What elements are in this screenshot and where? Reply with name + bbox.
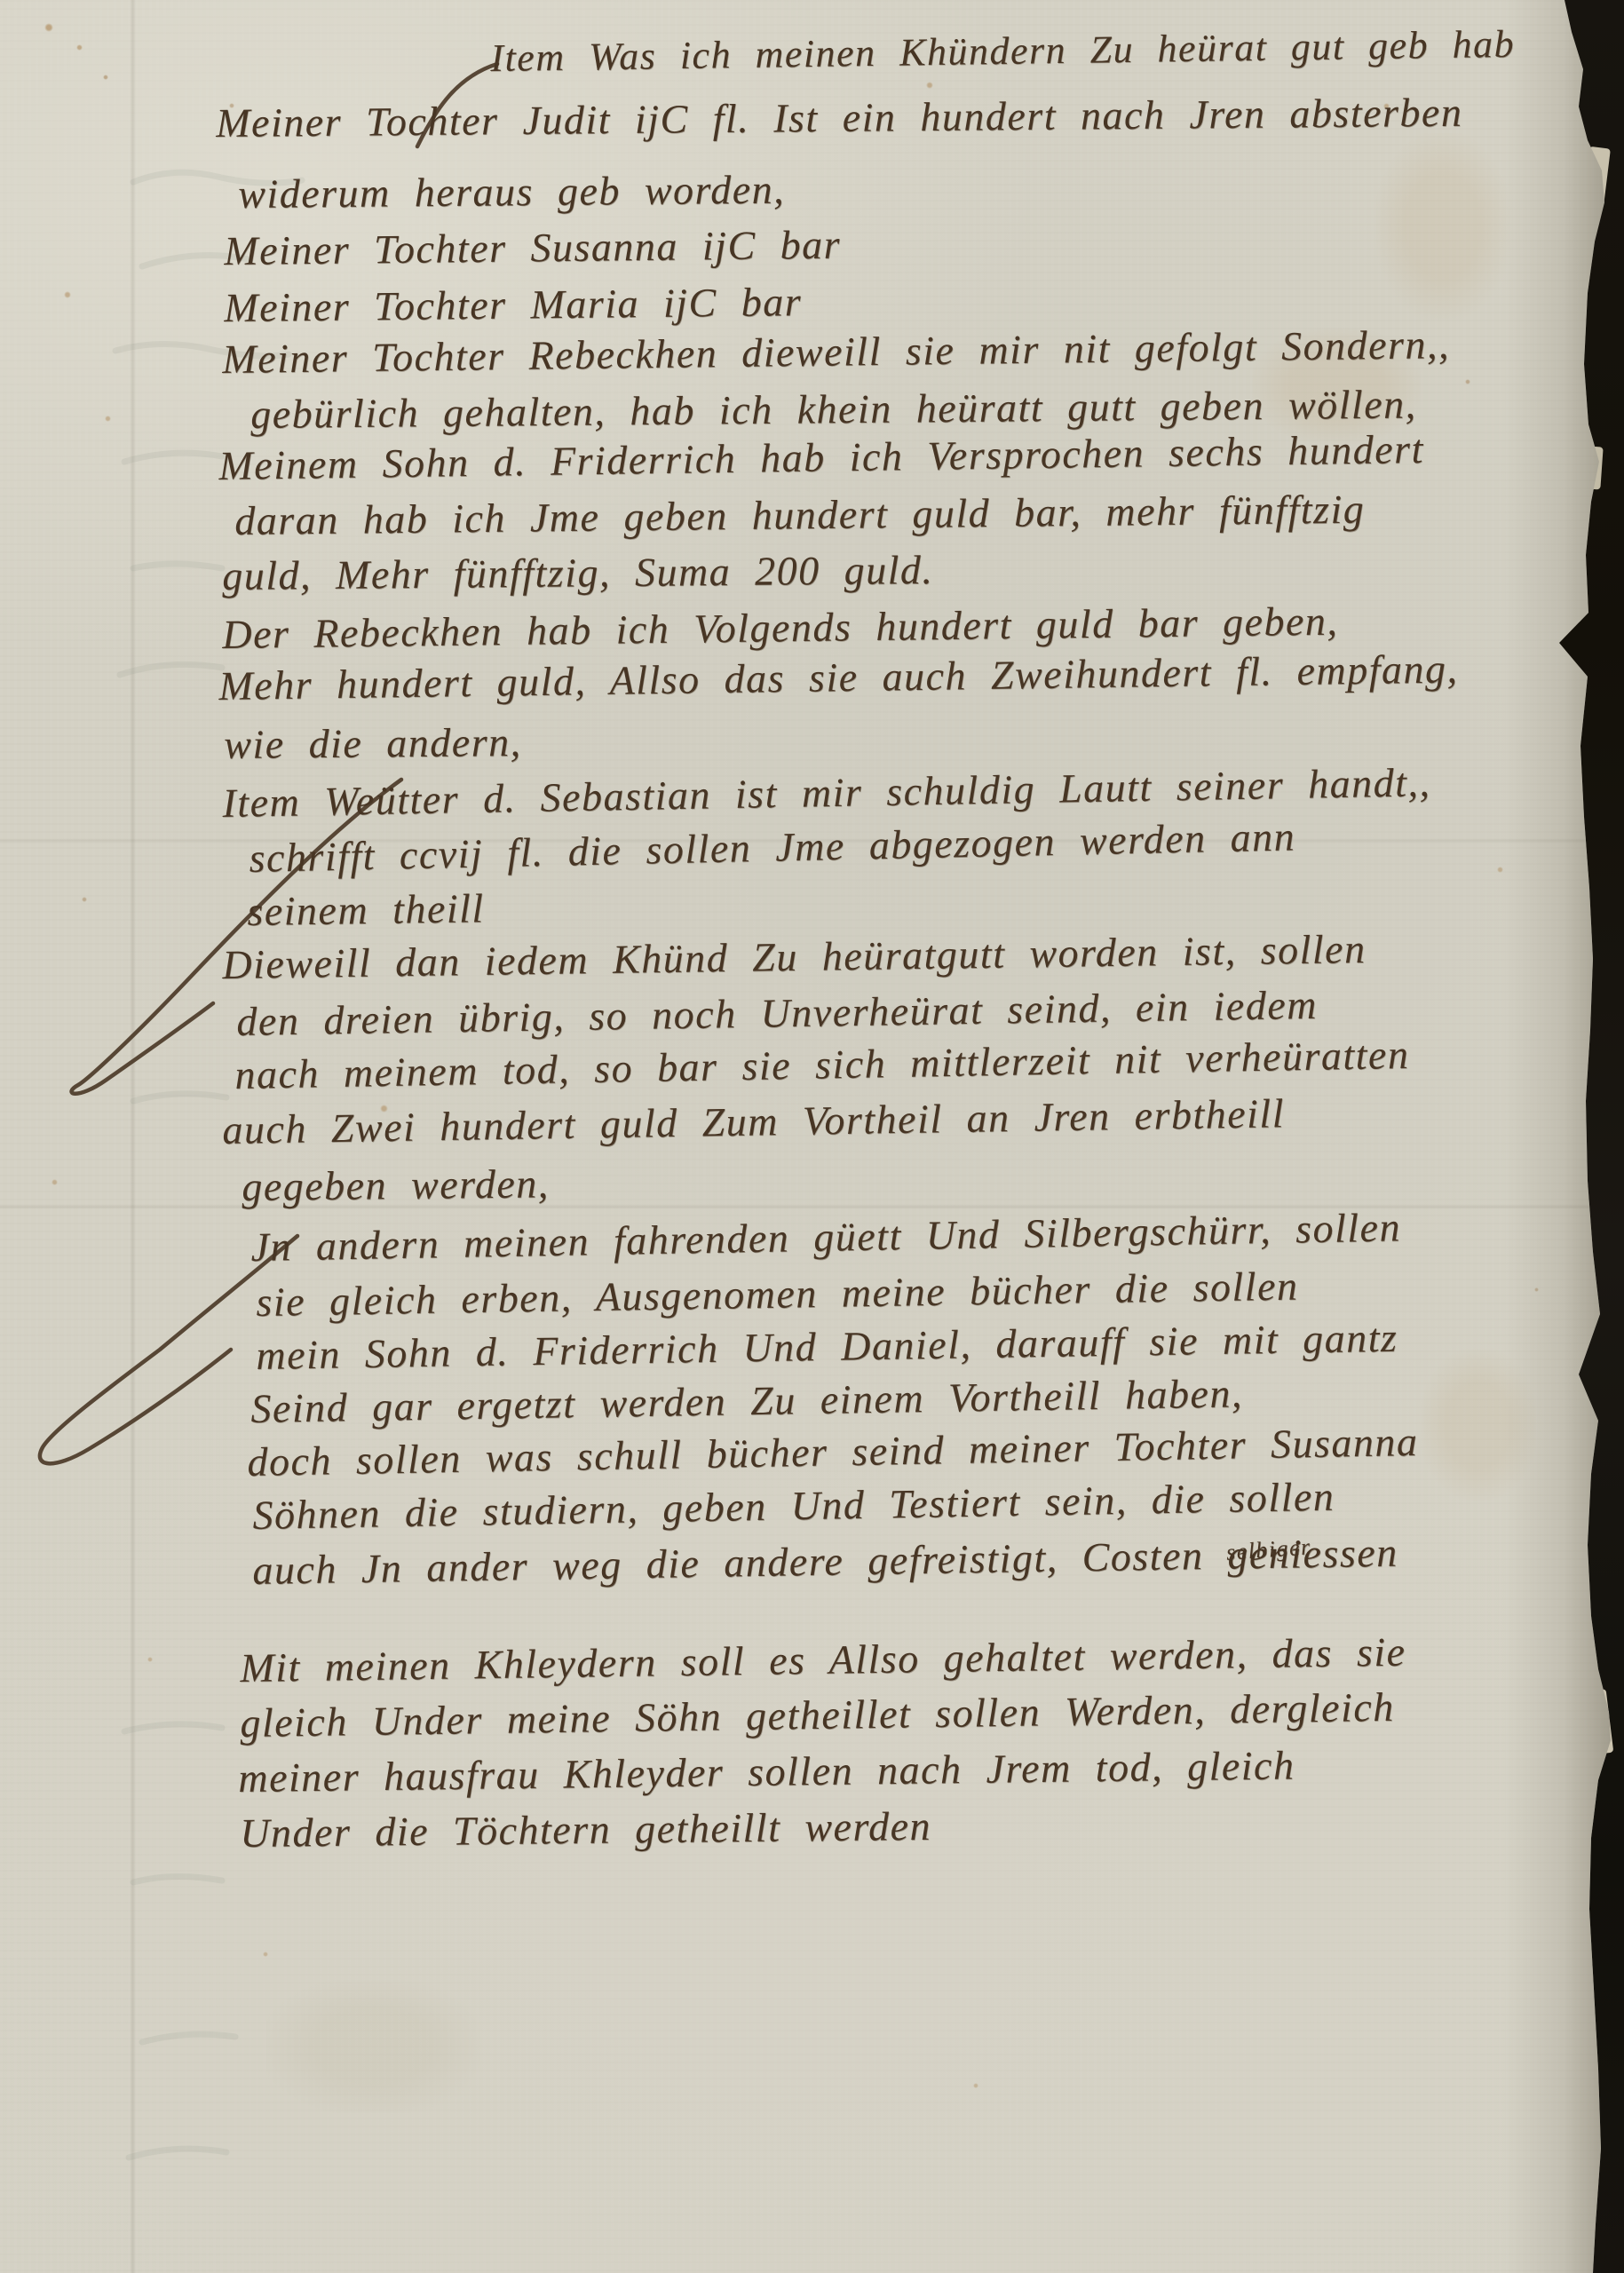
manuscript-line-5: Meiner Tochter Maria ijC bar — [224, 278, 802, 331]
manuscript-line-27: Söhnen die studiern, geben Und Testiert … — [252, 1473, 1335, 1539]
manuscript-line-32: meiner hausfrau Khleyder sollen nach Jre… — [238, 1741, 1295, 1802]
manuscript-line-4: Meiner Tochter Susanna ijC bar — [224, 221, 841, 274]
manuscript-line-13: wie die andern, — [224, 718, 522, 768]
manuscript-line-20: auch Zwei hundert guld Zum Vortheil an J… — [222, 1089, 1285, 1153]
manuscript-line-22: Jn andern meinen fahrenden güett Und Sil… — [250, 1203, 1401, 1271]
manuscript-line-2: Meiner Tochter Judit ijC fl. Ist ein hun… — [216, 89, 1463, 147]
manuscript-line-6: Meiner Tochter Rebeckhen dieweill sie mi… — [222, 321, 1450, 383]
manuscript-line-16: seinem theill — [247, 884, 485, 935]
manuscript-line-3: widerum heraus geb worden, — [238, 166, 785, 218]
manuscript-scan-page: Item Was ich meinen Khündern Zu heürat g… — [0, 0, 1624, 2273]
manuscript-line-21: gegeben werden, — [242, 1160, 550, 1210]
manuscript-line-30: Mit meinen Khleydern soll es Allso gehal… — [240, 1628, 1406, 1691]
manuscript-line-10: guld, Mehr fünfftzig, Suma 200 guld. — [222, 546, 934, 599]
paper-sheet: Item Was ich meinen Khündern Zu heürat g… — [0, 0, 1624, 2273]
manuscript-line-31: gleich Under meine Söhn getheillet solle… — [240, 1683, 1395, 1746]
manuscript-line-1: Item Was ich meinen Khündern Zu heürat g… — [490, 21, 1515, 81]
manuscript-line-9: daran hab ich Jme geben hundert guld bar… — [234, 486, 1366, 544]
manuscript-text-block: Item Was ich meinen Khündern Zu heürat g… — [0, 0, 1624, 2273]
manuscript-line-23: sie gleich erben, Ausgenomen meine büche… — [256, 1263, 1299, 1326]
manuscript-line-33: Under die Töchtern getheillt werden — [240, 1802, 931, 1857]
manuscript-line-17: Dieweill dan iedem Khünd Zu heüratgutt w… — [222, 925, 1367, 988]
